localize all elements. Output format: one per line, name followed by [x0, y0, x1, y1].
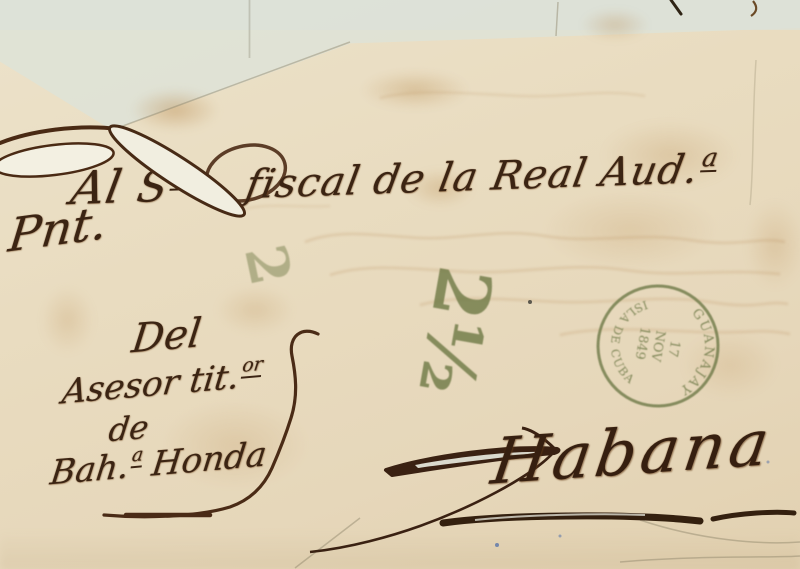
bahia-superscript: a — [131, 446, 145, 468]
letter-paper: GUANAJAY ISLA DE CUBA 17 NOV 1849 — [0, 0, 800, 569]
show-through-writing — [240, 92, 790, 335]
datestamp-year: 1849 — [631, 326, 652, 361]
asesor-superscript: or — [241, 356, 264, 379]
habana-destination: Habana — [487, 406, 777, 499]
address-main: fiscal de la Real Aud. — [242, 146, 703, 208]
paper-stain — [360, 70, 470, 110]
svg-text:ISLA DE CUBA: ISLA DE CUBA — [601, 293, 652, 389]
datestamp-month: NOV — [647, 329, 667, 363]
sender-line-del: Del — [129, 310, 204, 362]
address-line-2: Pnt. — [6, 196, 110, 264]
datestamp-town: GUANAJAY — [674, 304, 723, 402]
paper-stain — [540, 190, 720, 270]
sender-line-bahia-honda: Bah.aHonda — [48, 434, 269, 493]
svg-text:GUANAJAY: GUANAJAY — [674, 304, 723, 402]
bottom-edge-shading — [0, 530, 800, 569]
habana-underline-2 — [713, 512, 794, 519]
datestamp-day: 17 — [664, 339, 682, 358]
paper-stain — [680, 330, 780, 400]
address-honorific: S — [133, 162, 173, 213]
guanajay-datestamp: GUANAJAY ISLA DE CUBA 17 NOV 1849 — [588, 276, 727, 415]
paper-stain — [745, 200, 800, 290]
top-edge-band — [0, 0, 800, 30]
ink-edge-curve — [0, 127, 118, 143]
sender-line-de: de — [107, 408, 151, 450]
sender-note: Del Asesor tit.or de Bah.aHonda — [39, 304, 349, 509]
honorific-superscript: or — [170, 163, 204, 191]
rate-mark-2-faint: 2 — [231, 239, 304, 291]
address-superscript: a — [700, 145, 721, 173]
sender-line-asesor: Asesor tit.or — [60, 355, 264, 413]
habana-underline — [443, 516, 700, 523]
datestamp-outer-ring — [588, 276, 727, 415]
address-line-1: AlSorfiscal de la Real Aud.a — [67, 139, 722, 215]
fold-crease — [248, 0, 251, 58]
rate-mark-2half: 2½ — [401, 260, 508, 402]
datestamp-island: ISLA DE CUBA — [601, 293, 652, 389]
